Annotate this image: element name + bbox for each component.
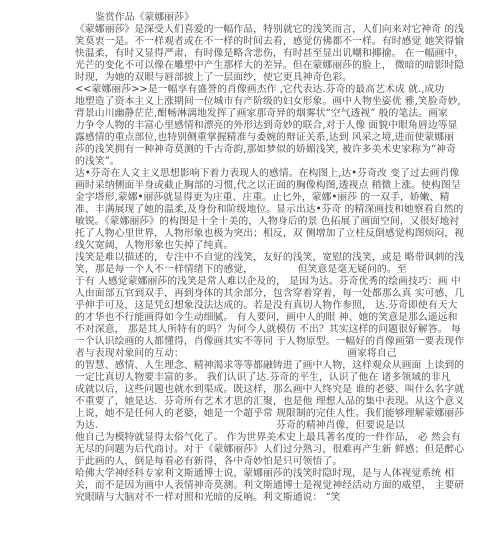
text-line: 为达. 芬奇的精神肖像，但要说是以: [75, 420, 442, 432]
text-line: <<蒙娜丽莎>>是一幅享有盛誉的肖像画杰作 ,它代表达.芬奇的最高艺术成 就.,…: [75, 84, 442, 96]
text-line: 无尽的问题为后代商讨。对于《蒙娜丽莎》人们过分熟习，很难再产生新 鲜感；但是醉心: [75, 444, 442, 456]
text-line: 乎伸手可及，这是凭幻想象没法达成的。若是没有真切人物作参照， 达.芬奇即使有天大: [75, 300, 442, 312]
text-line: 不重要了，她是达．芬奇所有艺术才思的汇聚，也是他 理想人品的集中表现。从这个意义: [75, 396, 442, 408]
text-line: 笑莫衷一是。不一样观者或在不一样的时间去看，感觉仿佛都不一样。有时感觉 她笑得愉: [75, 36, 442, 48]
text-line: 快温柔，有时又显得严肃，有时像是略含悲伤，有时甚至显出讥嘲和揶揄。 在一幅画中，: [75, 48, 442, 60]
text-line: 敏锐。《蒙娜丽莎》的构图是十全十美的，人物身后的景 色拓展了画面空间，又很好地衬: [75, 216, 442, 228]
text-line: 成就以后，这些问题也就水到渠成。既这样，那么画中人终究是 谁的老婆、叫什么名字就: [75, 384, 442, 396]
text-line: 究眼睛与大脑对不一样对照和光暗的反响。利文斯通说： “笑: [75, 492, 442, 504]
text-line: 者与表现对象间的互动： 画家将自己: [75, 348, 442, 360]
text-line: 一定比真切人物要丰富的多。 我们认识了达.芬奇的平生，认识了他在 诸多领域的非凡: [75, 372, 442, 384]
text-line: 哈佛大学神经科专家利文斯通博士说，蒙娜丽莎的浅笑时隐时现，是与人体视觉系统 相: [75, 468, 442, 480]
text-line: 托了人物心里世界，人物形象也极为突出；相反，双 侧增加了立柱反倒感觉构图烦闷，视: [75, 228, 442, 240]
text-line: 他自己为模特就显得太俗气化了。 作为世界美术史上最具著名度的一件作品， 必 然会…: [75, 432, 442, 444]
document-page: 鉴赏作品《蒙娜丽莎》 《蒙娜丽莎》是深受人们喜爱的一幅作品，特别就它的浅笑而言，…: [0, 0, 500, 552]
text-line: 背景山川幽静茫茫,酣畅淋漓地发挥了画家那奇异的烟雾状“空气透视” 般的笔法。画家: [75, 108, 442, 120]
text-line: 《蒙娜丽莎》是深受人们喜爱的一幅作品，特别就它的浅笑而言，人们向来对它神奇 的浅: [75, 24, 442, 36]
text-line: 笑，那是每一个人不一样情绪下的感觉， 但笑意是毫无疑问的。至: [75, 264, 442, 276]
text-line: 莎的浅笑拥有一种神奇莫测的千古奇韵,那如梦似的娇媚浅笑, 被许多美术史家称为“神…: [75, 144, 442, 156]
text-line: 浅笑是难以描述的，专注中不自觉的浅笑，友好的浅笑，宽慰的浅笑，或是 略带讽刺的浅: [75, 252, 442, 264]
text-line: 上说，她不是任何人的老婆，她是一个超乎常 规限制的完佳人性。我们能够理解蒙娜丽莎: [75, 408, 442, 420]
text-line: 于此画的人，倒是每看必有新得，各中奇妙怕是只可领悟了。: [75, 456, 442, 468]
document-title: 鉴赏作品《蒙娜丽莎》: [75, 12, 442, 24]
text-line: 于有 人感觉蒙娜丽莎的浅笑是常人难以企及的， 是因为达。芬奇优秀的绘画技巧：画 …: [75, 276, 442, 288]
text-line: 金字塔形,蒙娜•丽莎就显得更为庄重、庄重。止匕外，蒙娜•丽莎 的一双手，娇嫩、精: [75, 192, 442, 204]
text-line: 达•芬奇在人文主义思想影响下着力表现人的感情。在构图上,达•芬奇改 变了过去画肖…: [75, 168, 442, 180]
text-line: 关，而不是因为画中人表情神奇莫测。利文斯通博士是视觉神经活动方面的威望， 主要研: [75, 480, 442, 492]
text-line: 光芒的变化不可以像在雕塑中产生那样大的差异。但在蒙娜丽莎的脸上， 微暗的暗影时隐: [75, 60, 442, 72]
text-line: 画时采纳侧面半身或截止胸部的习惯,代之以正面的胸像构图,透视点 稍微上涨。使构图…: [75, 180, 442, 192]
text-line: 力争令人物的丰富心里感情和漂亮的外形达到奇妙的联合,对于人像 面貌中眼角唇边等显: [75, 120, 442, 132]
text-line: 露感情的重点部位,也特别侧重掌握精准与委婉的辩证关系,达到 风采之境,进而使蒙娜…: [75, 132, 442, 144]
text-line: 的才华也不行能画得如今生动细腻。 有人要问，画中人的眼 神、她的笑意是那么遥远和: [75, 312, 442, 324]
text-line: 线欠宽阔，人物形象也失掉了纯真。: [75, 240, 442, 252]
text-line: 的智慧、感情、人生理念、精神渴求等等都融铸进了画中人物，这样观众从画面 上读到的: [75, 360, 442, 372]
text-line: 时现，为她的双眼与唇部披上了一层面纱，使它更具神奇色彩。: [75, 72, 442, 84]
text-line: 准、丰满展现了她的温柔,及身份和阶级地位。显示出达•芬奇 的精深画技和她察看自然…: [75, 204, 442, 216]
text-line: 地塑造了资本主义上涨期间一位城市有产阶级的妇女形象。画中人物坐姿优 雅,笑脸奇妙…: [75, 96, 442, 108]
text-line: 一个认识绘画的人都懂得，肖像画其实不等同 于人物原型。一幅好的肖像画第一要表现作: [75, 336, 442, 348]
text-line: 的浅笑”。: [75, 156, 442, 168]
text-line: 人由面部五官到双手，再到身体的其余部分，包含穿着穿着，每一处都那么真 实可感，几: [75, 288, 442, 300]
text-line: 不对深意， 那是其人所特有的吗？为何今人就模仿 不出？其实这样的问题很好解答。 …: [75, 324, 442, 336]
